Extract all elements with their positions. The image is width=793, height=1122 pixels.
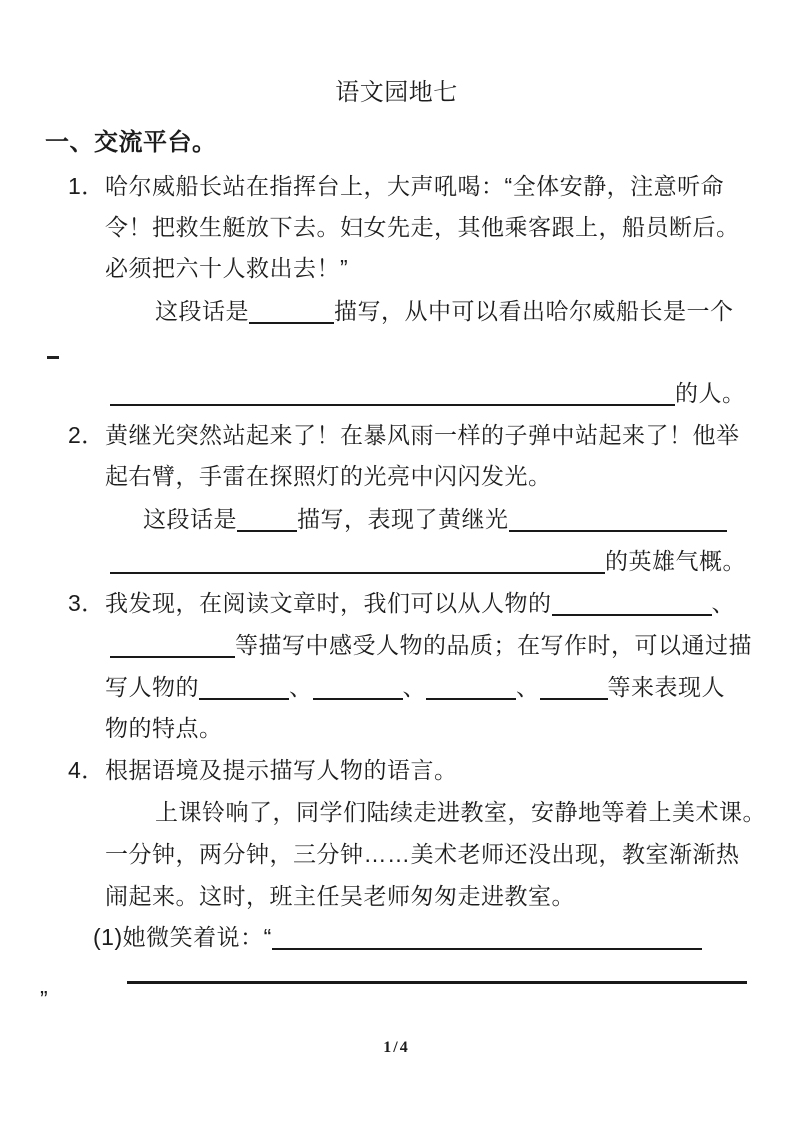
item2-line2: 起右臂，手雷在探照灯的光亮中闪闪发光。 xyxy=(105,461,552,491)
answer-blank xyxy=(110,547,605,574)
item1-fill-pre: 这段话是 xyxy=(155,298,249,324)
answer-blank xyxy=(313,673,403,700)
item2-fill-pre: 这段话是 xyxy=(143,506,237,532)
item3-enum-comma: 、 xyxy=(403,674,427,700)
item4-para-text3: 闹起来。这时，班主任吴老师匆匆走进教室。 xyxy=(105,883,575,909)
item4-para-line3: 闹起来。这时，班主任吴老师匆匆走进教室。 xyxy=(105,881,575,911)
item2-number: 2． xyxy=(68,420,105,450)
answer-blank xyxy=(272,923,702,950)
item1-tail-line: 的人。 xyxy=(110,378,746,408)
item4-open-quote: “ xyxy=(264,924,272,950)
item4-para-text1: 上课铃响了，同学们陆续走进教室，安静地等着上美术课。 xyxy=(155,799,766,825)
answer-blank xyxy=(110,631,235,658)
page-title: 语文园地七 xyxy=(0,78,793,108)
answer-blank xyxy=(552,589,712,616)
item2-text-line1: 黄继光突然站起来了！在暴风雨一样的子弹中站起来了！他举 xyxy=(105,422,740,448)
item3-text-line4: 物的特点。 xyxy=(105,715,223,741)
item1-line3: 必须把六十人救出去！” xyxy=(105,253,348,283)
item1-number: 1． xyxy=(68,171,105,201)
worksheet-page: 语文园地七 一、交流平台。 1．哈尔威船长站在指挥台上，大声吼喝：“全体安静，注… xyxy=(0,0,793,1122)
item1-text-line1: 哈尔威船长站在指挥台上，大声吼喝：“全体安静，注意听命 xyxy=(105,173,724,199)
item4-para-line1: 上课铃响了，同学们陆续走进教室，安静地等着上美术课。 xyxy=(155,797,766,827)
page-number: 1/4 xyxy=(0,1033,793,1063)
item3-number: 3． xyxy=(68,588,105,618)
item3-line1: 3．我发现，在阅读文章时，我们可以从人物的、 xyxy=(68,588,735,618)
item3-line2: 等描写中感受人物的品质；在写作时，可以通过描 xyxy=(110,630,752,660)
item4-line1: 4．根据语境及提示描写人物的语言。 xyxy=(68,755,458,785)
answer-blank xyxy=(249,297,334,324)
item1-fill-post: 描写，从中可以看出哈尔威船长是一个 xyxy=(334,298,734,324)
item4-para-line2: 一分钟，两分钟，三分钟……美术老师还没出现，教室渐渐热 xyxy=(105,839,740,869)
item3-line4: 物的特点。 xyxy=(105,713,223,743)
section-heading: 一、交流平台。 xyxy=(45,128,217,158)
item3-text-line3-post: 等来表现人 xyxy=(608,674,726,700)
item3-text-line1: 我发现，在阅读文章时，我们可以从人物的 xyxy=(105,590,552,616)
item3-text-line2: 等描写中感受人物的品质；在写作时，可以通过描 xyxy=(235,632,752,658)
item1-line2: 令！把救生艇放下去。妇女先走，其他乘客跟上，船员断后。 xyxy=(105,212,740,242)
item2-fill-line: 这段话是描写，表现了黄继光 xyxy=(143,504,727,534)
item2-fill-mid: 描写，表现了黄继光 xyxy=(297,506,509,532)
answer-blank xyxy=(509,505,727,532)
answer-line xyxy=(127,981,747,984)
wrapped-underline-mark xyxy=(47,356,59,359)
closing-quote: ” xyxy=(40,984,48,1014)
item4-number: 4． xyxy=(68,755,105,785)
item1-text-line2: 令！把救生艇放下去。妇女先走，其他乘客跟上，船员断后。 xyxy=(105,214,740,240)
item1-text-line3: 必须把六十人救出去！” xyxy=(105,255,348,281)
item3-text-line3-pre: 写人物的 xyxy=(105,674,199,700)
item1-fill-line: 这段话是描写，从中可以看出哈尔威船长是一个 xyxy=(155,296,734,326)
item2-tail-line: 的英雄气概。 xyxy=(110,546,746,576)
item3-line3: 写人物的、、、等来表现人 xyxy=(105,672,725,702)
item1-line1: 1．哈尔威船长站在指挥台上，大声吼喝：“全体安静，注意听命 xyxy=(68,171,724,201)
item4-sub1-label: (1) xyxy=(93,924,123,950)
item4-sub1-line: (1)她微笑着说：“ xyxy=(93,922,702,952)
answer-blank xyxy=(110,379,675,406)
item3-enum-comma: 、 xyxy=(289,674,313,700)
item2-text-line2: 起右臂，手雷在探照灯的光亮中闪闪发光。 xyxy=(105,463,552,489)
item2-line1: 2．黄继光突然站起来了！在暴风雨一样的子弹中站起来了！他举 xyxy=(68,420,740,450)
answer-blank xyxy=(540,673,608,700)
item2-tail: 的英雄气概。 xyxy=(605,548,746,574)
item4-para-text2: 一分钟，两分钟，三分钟……美术老师还没出现，教室渐渐热 xyxy=(105,841,740,867)
answer-blank xyxy=(426,673,516,700)
item4-sub1-text: 她微笑着说： xyxy=(123,924,264,950)
item3-enum-comma: 、 xyxy=(712,590,736,616)
item3-enum-comma: 、 xyxy=(516,674,540,700)
item1-tail: 的人。 xyxy=(675,380,746,406)
answer-blank xyxy=(199,673,289,700)
answer-blank xyxy=(237,505,297,532)
item4-text-line1: 根据语境及提示描写人物的语言。 xyxy=(105,757,458,783)
